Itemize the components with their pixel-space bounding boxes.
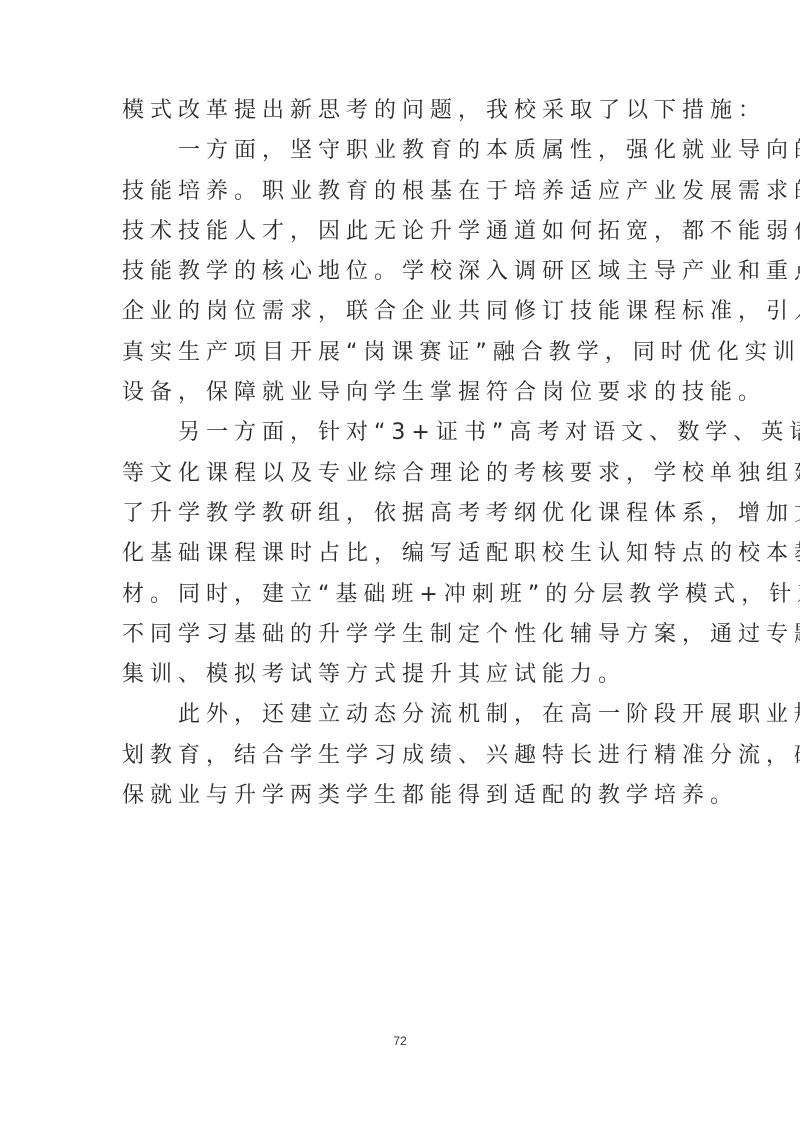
paragraph-start-line: 此外，还建立动态分流机制，在高一阶段开展职业规 [122,695,662,735]
text-line: 化基础课程课时占比，编写适配职校生认知特点的校本教 [122,534,662,574]
text-line: 材。同时，建立“基础班+冲刺班”的分层教学模式，针对 [122,575,662,615]
paragraph-start-line: 另一方面，针对“3+证书”高考对语文、数学、英语 [122,413,662,453]
text-line: 企业的岗位需求，联合企业共同修订技能课程标准，引入 [122,292,662,332]
body-text: 模式改革提出新思考的问题，我校采取了以下措施： 一方面，坚守职业教育的本质属性，… [122,91,662,816]
document-page: 模式改革提出新思考的问题，我校采取了以下措施： 一方面，坚守职业教育的本质属性，… [0,0,800,1131]
paragraph-start-line: 一方面，坚守职业教育的本质属性，强化就业导向的 [122,131,662,171]
text-line: 划教育，结合学生学习成绩、兴趣特长进行精准分流，确 [122,736,662,776]
page-number: 72 [0,1034,800,1048]
text-line: 集训、模拟考试等方式提升其应试能力。 [122,655,662,695]
text-line: 模式改革提出新思考的问题，我校采取了以下措施： [122,91,662,131]
text-line: 保就业与升学两类学生都能得到适配的教学培养。 [122,776,662,816]
text-line: 了升学教学教研组，依据高考考纲优化课程体系，增加文 [122,494,662,534]
text-line: 不同学习基础的升学学生制定个性化辅导方案，通过专题 [122,615,662,655]
text-line: 真实生产项目开展“岗课赛证”融合教学，同时优化实训 [122,333,662,373]
text-line: 等文化课程以及专业综合理论的考核要求，学校单独组建 [122,454,662,494]
text-line: 技术技能人才，因此无论升学通道如何拓宽，都不能弱化 [122,212,662,252]
text-line: 技能培养。职业教育的根基在于培养适应产业发展需求的 [122,172,662,212]
text-line: 技能教学的核心地位。学校深入调研区域主导产业和重点 [122,252,662,292]
text-line: 设备，保障就业导向学生掌握符合岗位要求的技能。 [122,373,662,413]
